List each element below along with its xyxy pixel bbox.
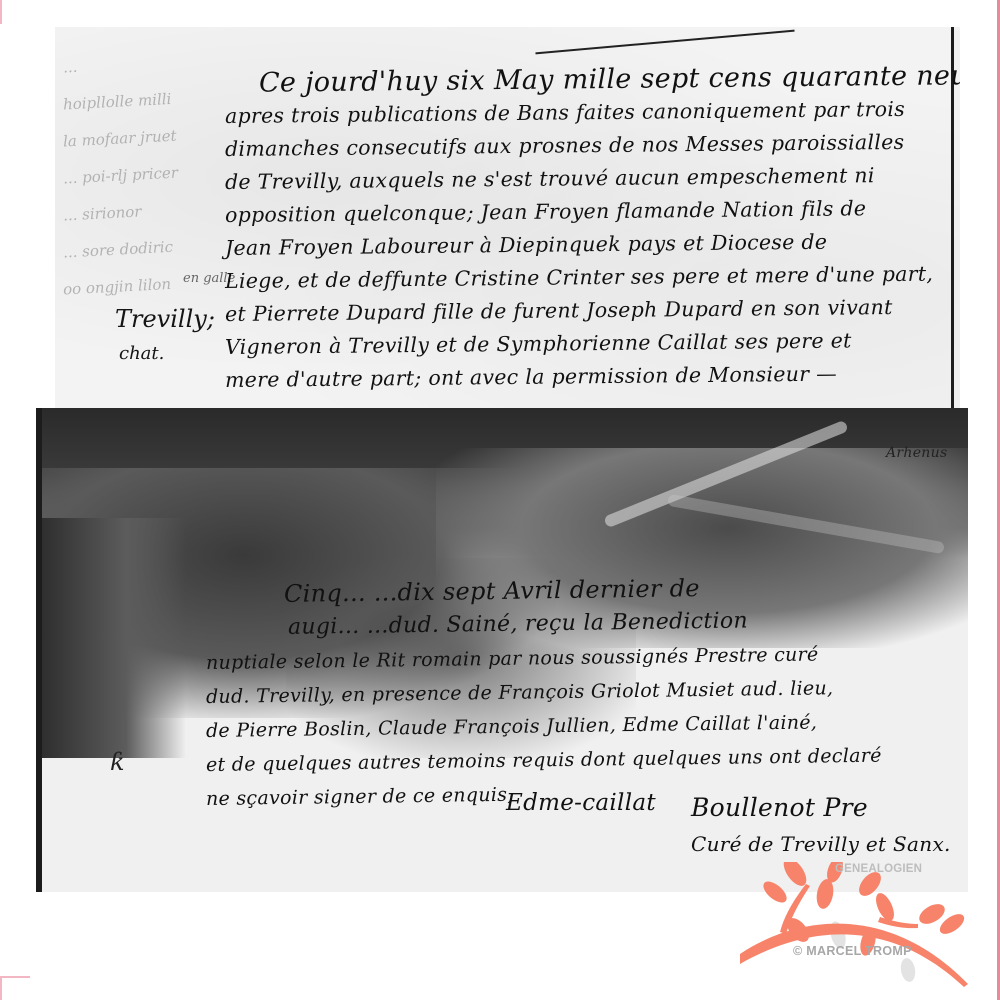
binding-edge [36,408,42,892]
document-scan-bottom: Arhenus ƙ Cinq... ...dix sept Avril dern… [36,408,968,892]
watermark-copyright: © MARCEL TROMP [793,944,912,958]
ink-rule [535,30,794,55]
margin-mark: ƙ [110,748,125,776]
signature-priest: Boullenot Pre [691,793,868,822]
water-damage [36,518,186,758]
record-line: mere d'autre part; ont avec la permissio… [225,356,960,397]
priest-title: Curé de Trevilly et Sanx. [691,832,951,856]
frame-corner-bottom-left-vertical [0,976,2,1000]
frame-corner-top-left [0,0,2,24]
watermark-brand: GENEALOGIEN [835,863,922,875]
genealogien-branch-logo-icon [740,862,1000,1000]
margin-note-place: Trevilly; [115,305,215,333]
margin-note-abbrev: chat. [119,343,164,364]
record-text-bottom: Cinq... ...dix sept Avril dernier de aug… [206,578,882,816]
document-scan-top: ... hoipllolle milli la mofaar jruet ...… [55,27,960,408]
frame-corner-bottom-left [0,976,30,978]
corner-annotation: Arhenus [886,445,947,461]
record-text-top: Ce jourd'huy six May mille sept cens qua… [225,67,960,397]
signature-witness: Edme-caillat [506,790,656,816]
